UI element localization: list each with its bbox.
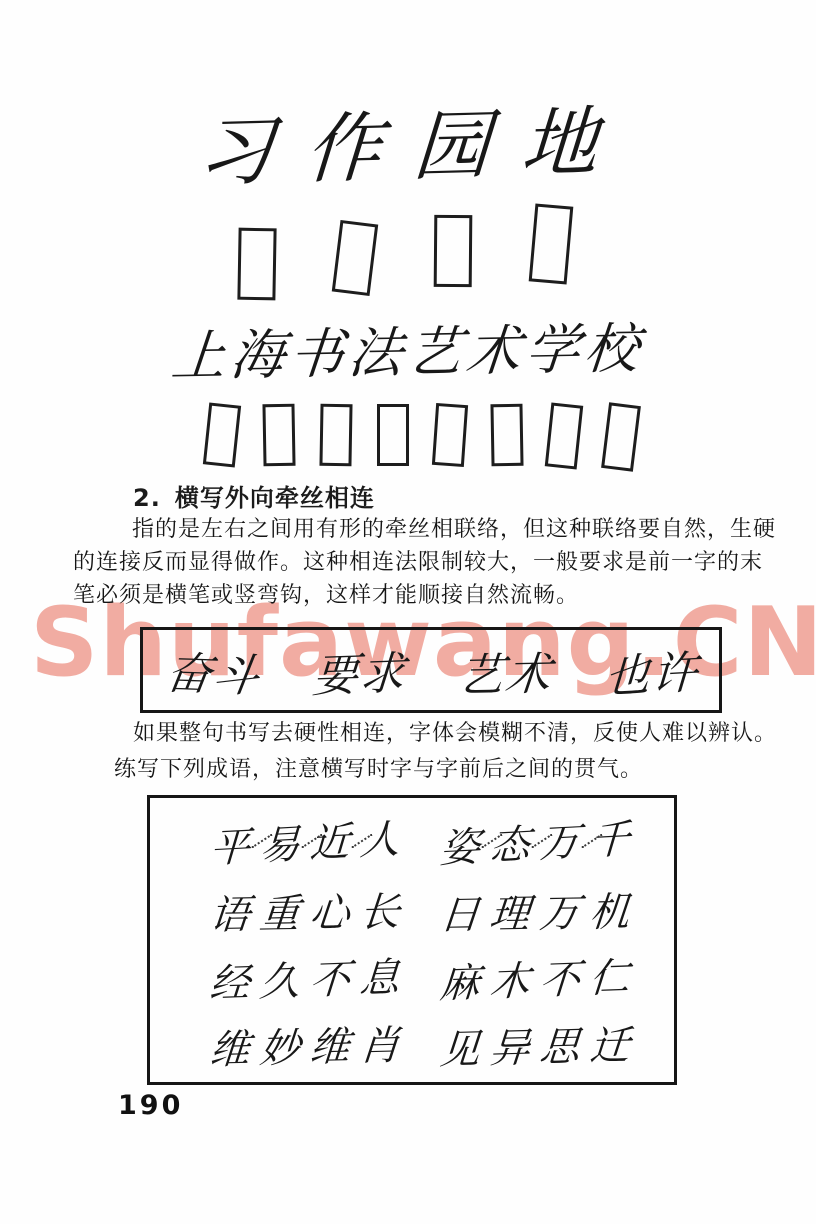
calligraphy-word: 奋斗: [162, 636, 265, 704]
practice-box: [332, 220, 378, 296]
page-number: 190: [118, 1090, 183, 1121]
idiom: 日理万机: [438, 880, 643, 941]
idiom-row: 平易近人 姿态万千: [150, 812, 674, 869]
book-page: Shufawang.CN 习作园地 上海书法艺术学校 2.横写外向牵丝相连 指的…: [0, 0, 816, 1224]
idiom-row: 经久不息 麻木不仁: [150, 949, 674, 1006]
calligraphy-word: 要求: [311, 636, 410, 704]
practice-box-row-1: [238, 210, 570, 300]
section-number: 2.: [133, 484, 161, 512]
practice-box: [203, 402, 241, 467]
practice-box: [319, 404, 352, 467]
practice-box: [529, 203, 574, 284]
paragraph-1: 指的是左右之间用有形的牵丝相联络，但这种联络要自然，生硬 的连接反而显得做作。这…: [73, 513, 776, 612]
idiom-row: 语重心长 日理万机: [150, 882, 674, 939]
calligraphy-word: 艺术: [456, 637, 556, 704]
practice-box: [432, 403, 468, 467]
idiom-row: 维妙维肖 见异思迁: [150, 1016, 674, 1073]
idiom: 语重心长: [208, 880, 413, 941]
practice-box-row-2: [206, 404, 637, 470]
practice-box: [377, 404, 409, 466]
paragraph-line: 练写下列成语，注意横写时字与字前后之间的贯气。: [73, 752, 777, 788]
practice-box: [545, 403, 584, 470]
calligraphy-word: 也许: [603, 635, 700, 705]
paragraph-line: 笔必须是横笔或竖弯钩，这样才能顺接自然流畅。: [73, 579, 776, 612]
section-heading: 2.横写外向牵丝相连: [133, 478, 375, 513]
practice-box: [490, 404, 523, 467]
practice-box: [434, 215, 473, 287]
idiom: 见异思迁: [438, 1013, 642, 1075]
practice-box: [262, 404, 295, 467]
idiom: 维妙维肖: [208, 1013, 412, 1075]
calligraphy-title: 习作园地: [195, 80, 634, 201]
practice-box: [601, 402, 641, 471]
paragraph-line: 的连接反而显得做作。这种相连法限制较大，一般要求是前一字的末: [73, 546, 776, 579]
page-content: 习作园地 上海书法艺术学校 2.横写外向牵丝相连 指的是左右之间用有形的牵丝相联…: [0, 0, 816, 1224]
section-heading-text: 横写外向牵丝相连: [175, 484, 375, 512]
idiom: 麻木不仁: [438, 945, 642, 1009]
idiom: 经久不息: [208, 945, 412, 1009]
paragraph-line: 指的是左右之间用有形的牵丝相联络，但这种联络要自然，生硬: [73, 513, 776, 546]
calligraphy-school-line: 上海书法艺术学校: [169, 306, 648, 391]
paragraph-line: 如果整句书写去硬性相连，字体会模糊不清，反使人难以辨认。: [73, 716, 777, 752]
paragraph-2: 如果整句书写去硬性相连，字体会模糊不清，反使人难以辨认。 练写下列成语，注意横写…: [73, 716, 777, 788]
practice-box: [237, 228, 276, 301]
example-box: 奋斗 要求 艺术 也许: [140, 627, 722, 713]
idiom-practice-box: 平易近人 姿态万千 语重心长 日理万机 经久不息 麻木不仁 维妙维肖 见异思迁: [147, 795, 677, 1085]
